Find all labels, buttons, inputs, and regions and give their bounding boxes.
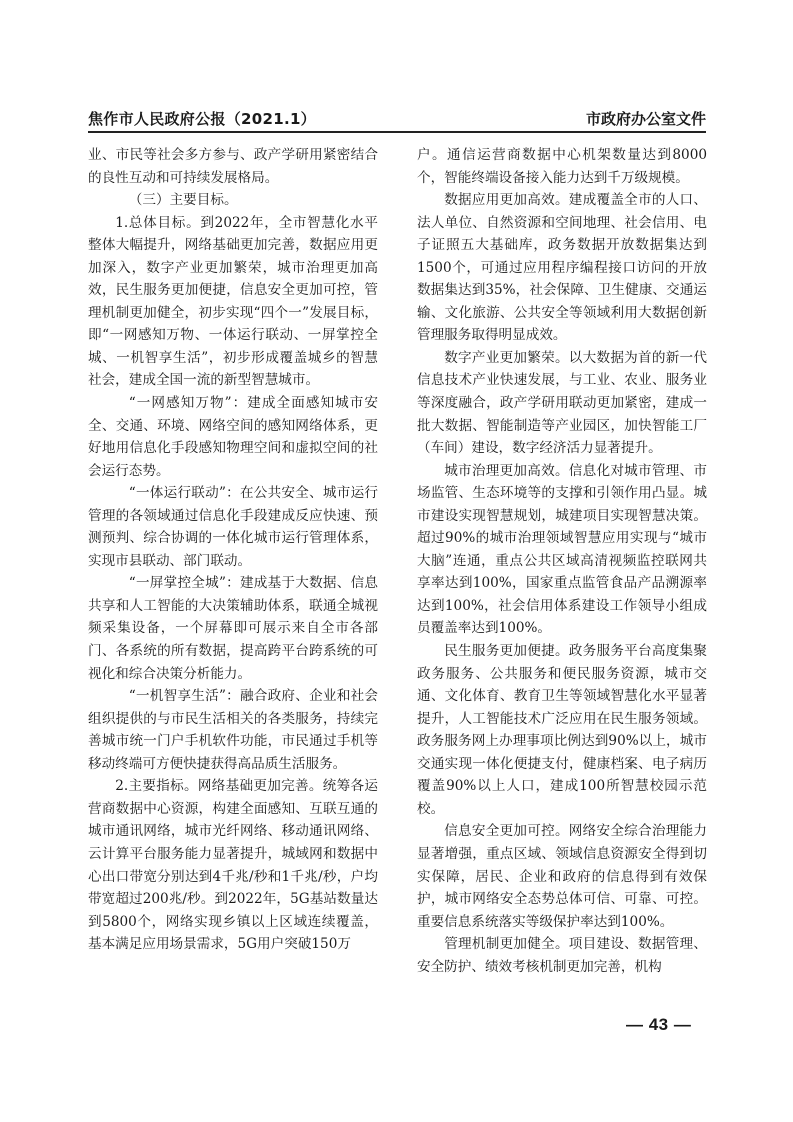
paragraph: 城市治理更加高效。信息化对城市管理、市场监管、生态环境等的支撑和引领作用凸显。城…: [417, 460, 707, 640]
paragraph: “一机智享生活”：融合政府、企业和社会组织提供的与市民生活相关的各类服务，持续完…: [88, 685, 378, 775]
header-rule: [88, 131, 706, 133]
paragraph: “一体运行联动”：在公共安全、城市运行管理的各领域通过信息化手段建成反应快速、预…: [88, 482, 378, 572]
right-column: 户。通信运营商数据中心机架数量达到8000个，智能终端设备接入能力达到千万级规模…: [417, 144, 707, 978]
paragraph: 数据应用更加高效。建成覆盖全市的人口、法人单位、自然资源和空间地理、社会信用、电…: [417, 189, 707, 347]
running-header: 焦作市人民政府公报（2021.1） 市政府办公室文件: [88, 108, 706, 130]
paragraph: 信息安全更加可控。网络安全综合治理能力显著增强，重点区域、领域信息资源安全得到切…: [417, 820, 707, 933]
paragraph: 业、市民等社会多方参与、政产学研用紧密结合的良性互动和可持续发展格局。: [88, 144, 378, 189]
paragraph: 户。通信运营商数据中心机架数量达到8000个，智能终端设备接入能力达到千万级规模…: [417, 144, 707, 189]
left-column: 业、市民等社会多方参与、政产学研用紧密结合的良性互动和可持续发展格局。 （三）主…: [88, 144, 378, 956]
paragraph: 管理机制更加健全。项目建设、数据管理、安全防护、绩效考核机制更加完善，机构: [417, 933, 707, 978]
paragraph: 1.总体目标。到2022年，全市智慧化水平整体大幅提升，网络基础更加完善，数据应…: [88, 212, 378, 392]
paragraph: 2.主要指标。网络基础更加完善。统筹各运营商数据中心资源，构建全面感知、互联互通…: [88, 775, 378, 955]
paragraph: 数字产业更加繁荣。以大数据为首的新一代信息技术产业快速发展，与工业、农业、服务业…: [417, 347, 707, 460]
paragraph: 民生服务更加便捷。政务服务平台高度集聚政务服务、公共服务和便民服务资源，城市交通…: [417, 640, 707, 820]
page-number: — 43 —: [626, 1015, 691, 1035]
gazette-title: 焦作市人民政府公报（2021.1）: [88, 108, 316, 129]
section-heading: （三）主要目标。: [88, 189, 378, 212]
paragraph: “一网感知万物”：建成全面感知城市安全、交通、环境、网络空间的感知网络体系，更好…: [88, 392, 378, 482]
section-title: 市政府办公室文件: [586, 108, 706, 129]
paragraph: “一屏掌控全城”：建成基于大数据、信息共享和人工智能的大决策辅助体系，联通全城视…: [88, 572, 378, 685]
